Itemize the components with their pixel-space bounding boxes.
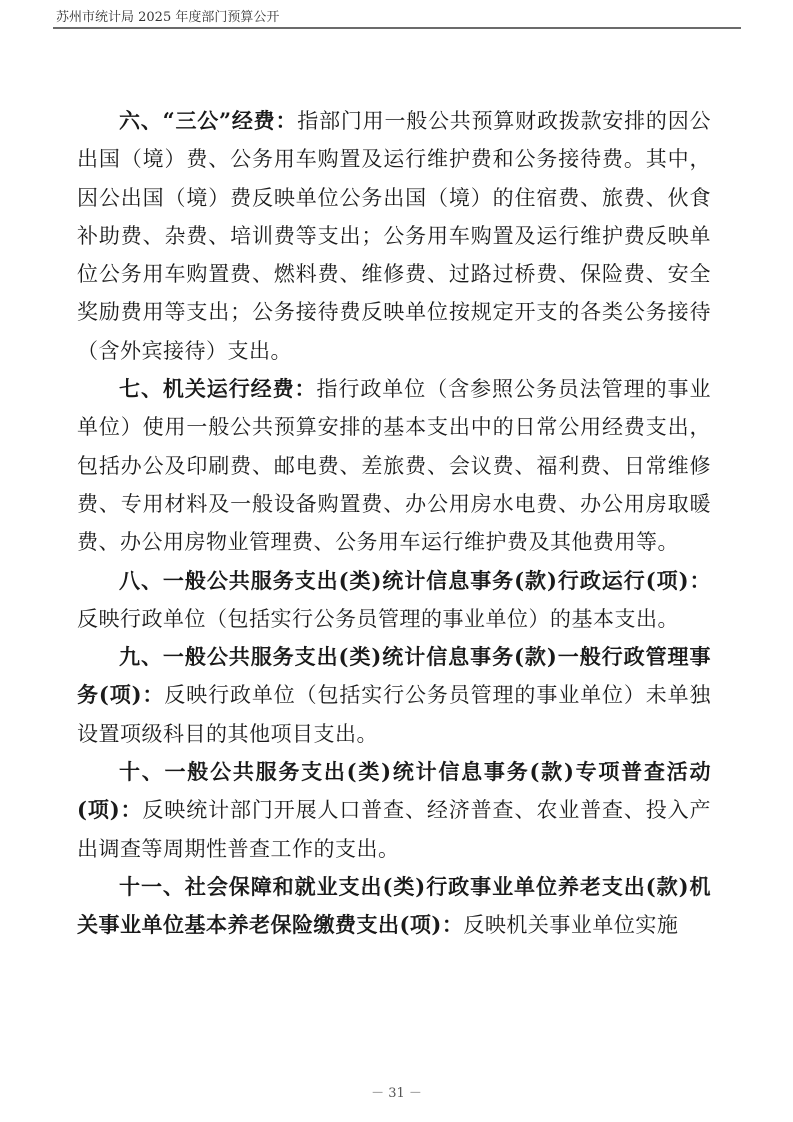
paragraph-term: 八、一般公共服务支出(类)统计信息事务(款)行政运行(项)： [119, 568, 711, 593]
document-body: 六、“三公”经费：指部门用一般公共预算财政拨款安排的因公出国（境）费、公务用车购… [77, 102, 711, 945]
paragraph-text: 指行政单位（含参照公务员法管理的事业单位）使用一般公共预算安排的基本支出中的日常… [77, 377, 711, 554]
paragraph-text: 反映行政单位（包括实行公务员管理的事业单位）的基本支出。 [77, 607, 679, 631]
paragraph-term: 六、“三公”经费： [119, 108, 297, 133]
paragraph-sangong: 六、“三公”经费：指部门用一般公共预算财政拨款安排的因公出国（境）费、公务用车购… [77, 102, 711, 370]
paragraph-operating-costs: 七、机关运行经费：指行政单位（含参照公务员法管理的事业单位）使用一般公共预算安排… [77, 370, 711, 561]
header-title: 苏州市统计局 2025 年度部门预算公开 [56, 10, 279, 25]
paragraph-text: 反映行政单位（包括实行公务员管理的事业单位）未单独设置项级科目的其他项目支出。 [77, 683, 711, 745]
paragraph-text: 反映统计部门开展人口普查、经济普查、农业普查、投入产出调查等周期性普查工作的支出… [77, 798, 711, 860]
paragraph-pension: 十一、社会保障和就业支出(类)行政事业单位养老支出(款)机关事业单位基本养老保险… [77, 868, 711, 945]
paragraph-admin-operation: 八、一般公共服务支出(类)统计信息事务(款)行政运行(项)：反映行政单位（包括实… [77, 562, 711, 639]
paragraph-census: 十、一般公共服务支出(类)统计信息事务(款)专项普查活动(项)：反映统计部门开展… [77, 753, 711, 868]
paragraph-text: 指部门用一般公共预算财政拨款安排的因公出国（境）费、公务用车购置及运行维护费和公… [77, 109, 711, 363]
page-header: 苏州市统计局 2025 年度部门预算公开 [53, 8, 741, 29]
paragraph-general-admin: 九、一般公共服务支出(类)统计信息事务(款)一般行政管理事务(项)：反映行政单位… [77, 638, 711, 753]
paragraph-text: 反映机关事业单位实施 [463, 913, 678, 937]
paragraph-term: 七、机关运行经费： [119, 376, 316, 401]
page-number: － 31 － [0, 1082, 793, 1101]
